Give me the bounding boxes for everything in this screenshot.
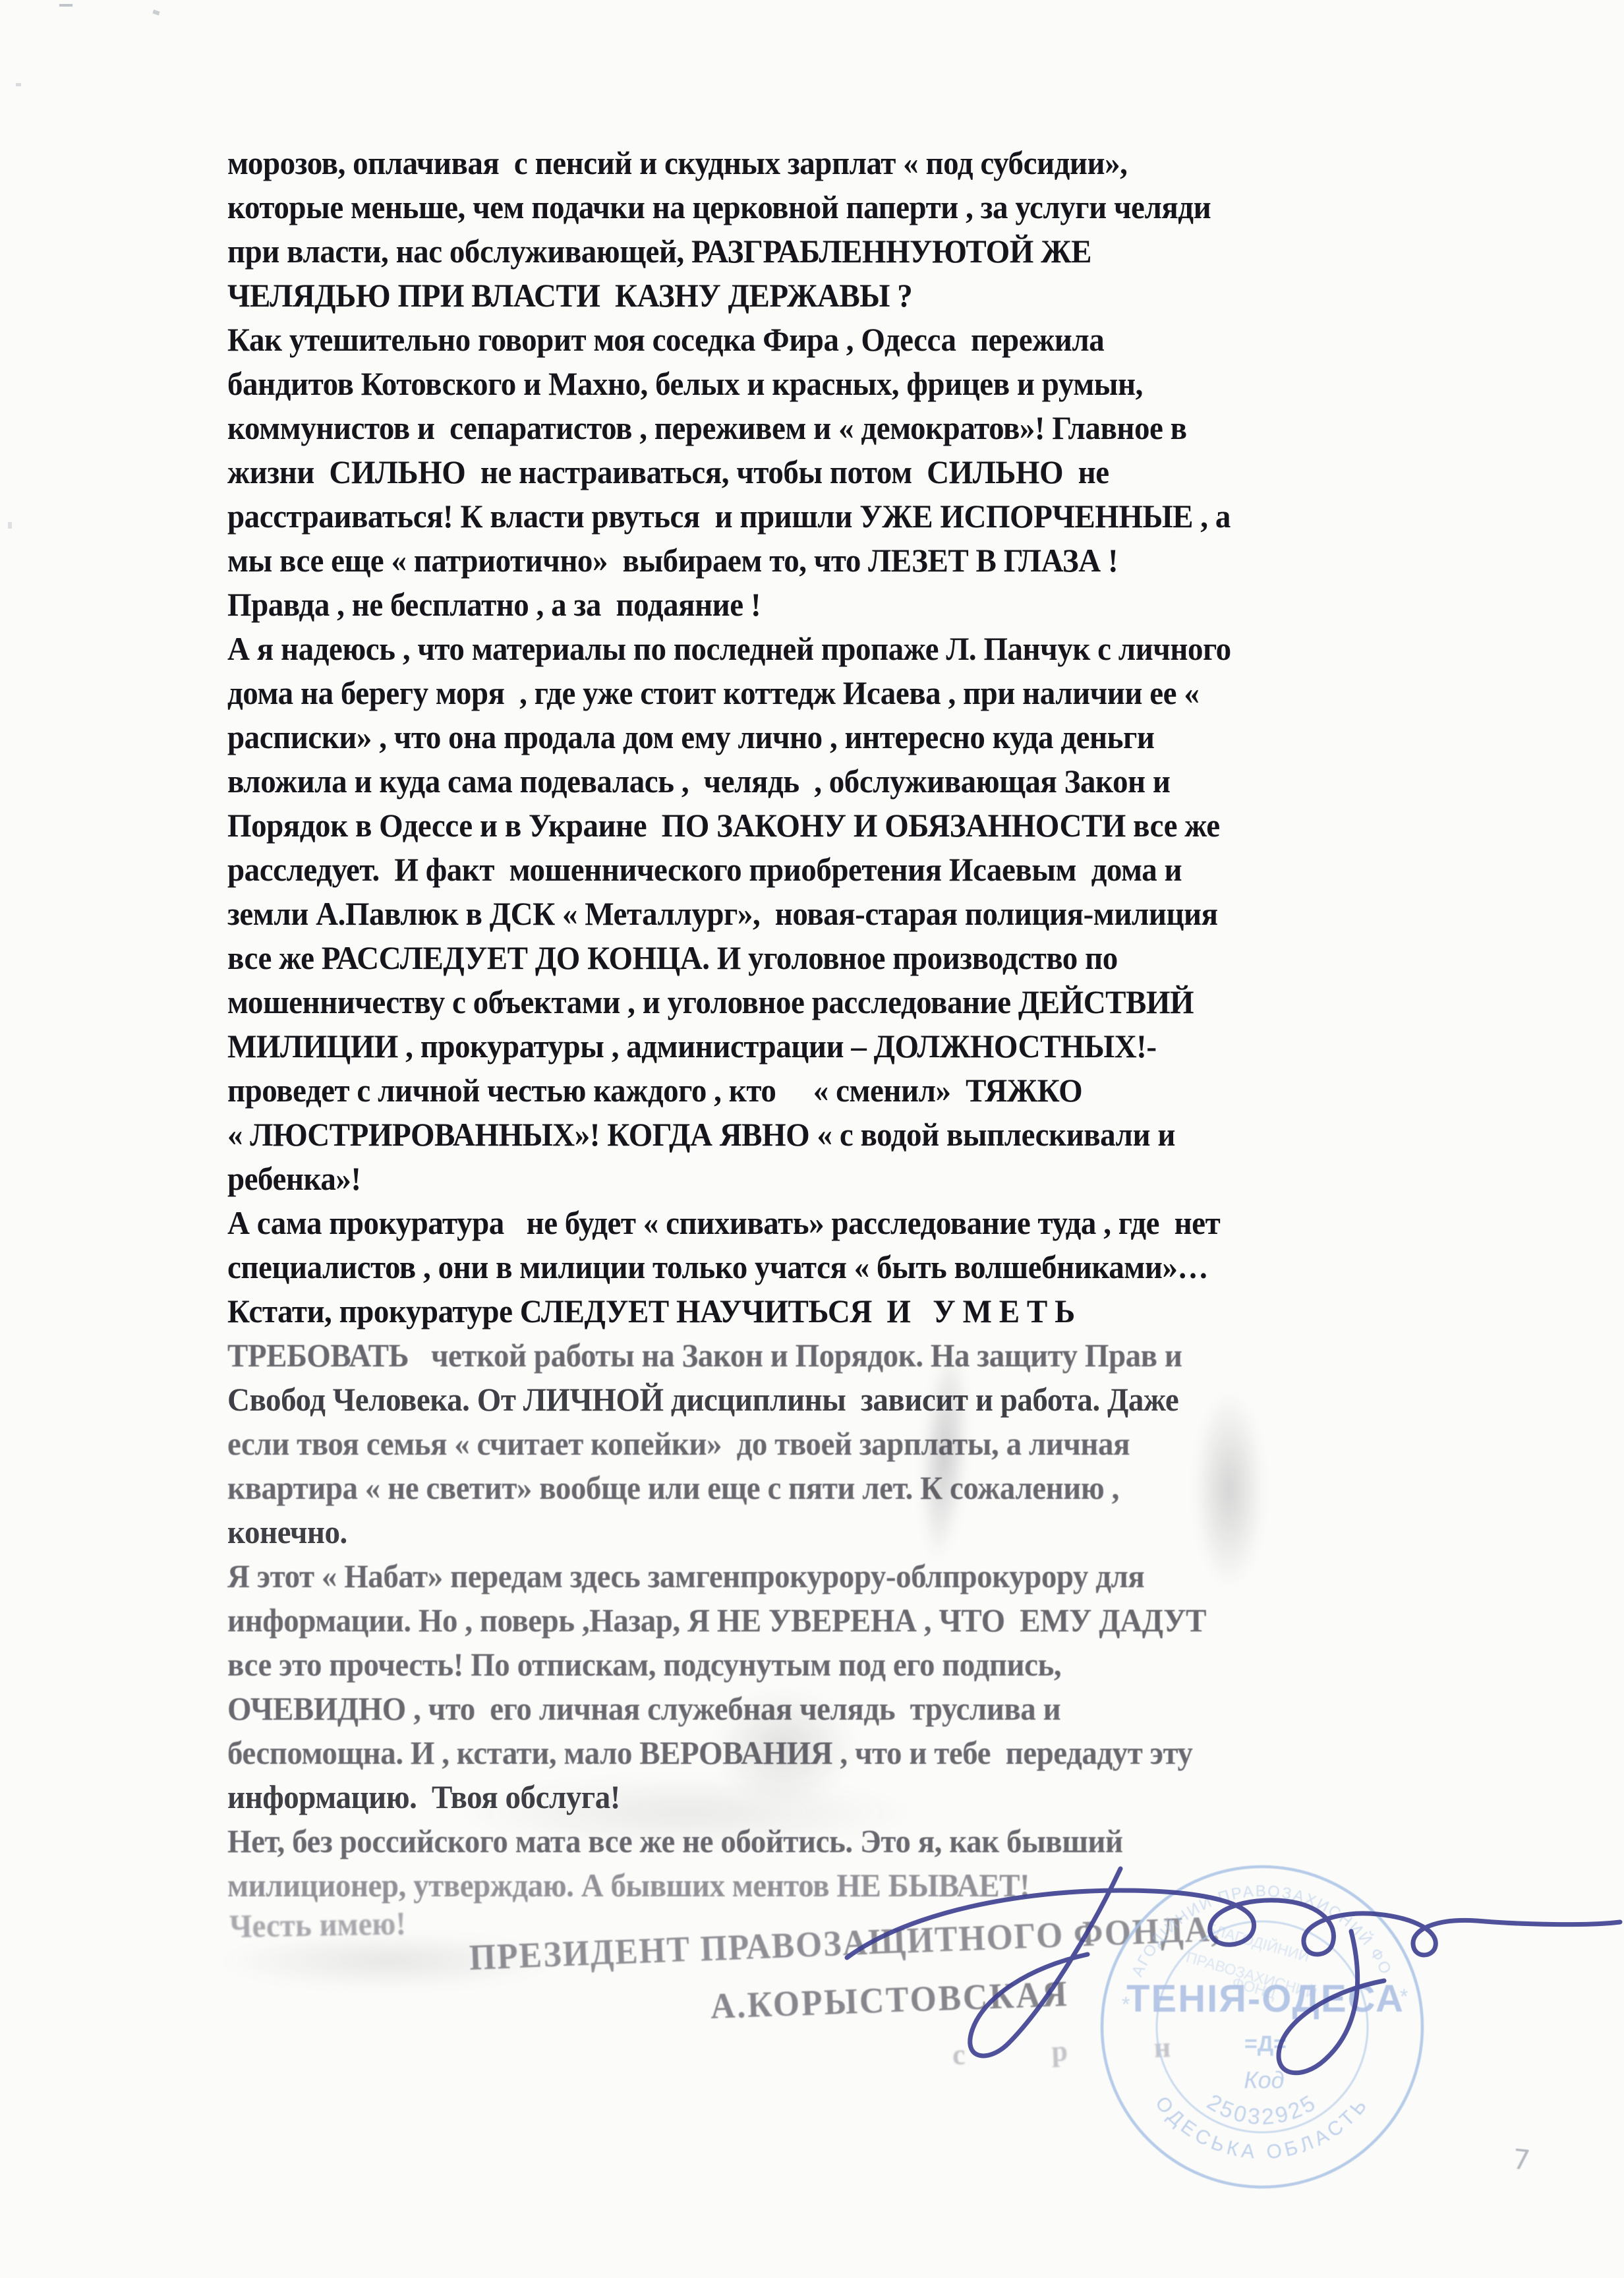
text-line: беспомощна. И , кстати, мало ВЕРОВАНИЯ ,…: [227, 1731, 1379, 1775]
text-line: если твоя семья « считает копейки» до тв…: [227, 1422, 1379, 1466]
text-line: ОЧЕВИДНО , что его личная служебная челя…: [227, 1687, 1379, 1731]
text-line: А я надеюсь , что материалы по последней…: [227, 627, 1379, 671]
text-line: вложила и куда сама подевалась , челядь …: [227, 759, 1379, 803]
text-line: Свобод Человека. От ЛИЧНОЙ дисциплины за…: [227, 1378, 1379, 1422]
text-line: коммунистов и сепаратистов , переживем и…: [227, 406, 1379, 450]
signature-stroke: [847, 1890, 1620, 1958]
text-line: расследует. И факт мошеннического приобр…: [227, 848, 1379, 892]
text-line: ТРЕБОВАТЬ четкой работы на Закон и Поряд…: [227, 1333, 1379, 1378]
text-line: Правда , не бесплатно , а за подаяние !: [227, 583, 1379, 627]
scan-speck: [16, 83, 21, 86]
text-line: которые меньше, чем подачки на церковной…: [227, 185, 1379, 229]
stamp-ring-text-bottom: ОДЕСЬКА ОБЛАСТЬ: [1151, 2092, 1374, 2163]
text-line: Я этот « Набат» передам здесь замгенпрок…: [227, 1554, 1379, 1598]
honor-line: Честь имею!: [229, 1904, 406, 1945]
text-line: расписки» , что она продала дом ему личн…: [227, 715, 1379, 759]
text-line: ЧЕЛЯДЬЮ ПРИ ВЛАСТИ КАЗНУ ДЕРЖАВЫ ?: [227, 274, 1379, 318]
text-line: Кстати, прокуратуре СЛЕДУЕТ НАУЧИТЬСЯ И …: [227, 1289, 1379, 1333]
scan-speck: [59, 4, 72, 7]
text-line: морозов, оплачивая с пенсий и скудных за…: [227, 141, 1379, 185]
text-line: МИЛИЦИИ , прокуратуры , администрации – …: [227, 1024, 1379, 1068]
pencil-corner-mark: 7: [1511, 2143, 1532, 2177]
signature-stroke: [970, 1869, 1120, 2056]
text-line: бандитов Котовского и Махно, белых и кра…: [227, 362, 1379, 406]
text-line: земли А.Павлюк в ДСК « Металлург», новая…: [227, 892, 1379, 936]
text-line: жизни СИЛЬНО не настраиваться, чтобы пот…: [227, 450, 1379, 494]
text-line: А сама прокуратура не будет « спихивать»…: [227, 1201, 1379, 1245]
text-line: все это прочесть! По отпискам, подсунуты…: [227, 1643, 1379, 1687]
text-line: Как утешительно говорит моя соседка Фира…: [227, 318, 1379, 362]
text-line: проведет с личной честью каждого , кто «…: [227, 1068, 1379, 1113]
handwritten-signature: [811, 1832, 1624, 2103]
text-line: Порядок в Одессе и в Украине ПО ЗАКОНУ И…: [227, 803, 1379, 848]
scan-speck: [8, 522, 12, 529]
text-line: специалистов , они в милиции только учат…: [227, 1245, 1379, 1289]
text-line: дома на берегу моря , где уже стоит котт…: [227, 671, 1379, 715]
text-line: информацию. Твоя обслуга!: [227, 1775, 1379, 1819]
letter-text-body: морозов, оплачивая с пенсий и скудных за…: [227, 141, 1453, 1908]
text-line: ребенка»!: [227, 1157, 1379, 1201]
text-line: все же РАССЛЕДУЕТ ДО КОНЦА. И уголовное …: [227, 936, 1379, 980]
text-line: расстраиваться! К власти рвуться и пришл…: [227, 494, 1379, 539]
signature-stroke: [1279, 1931, 1384, 2073]
text-line: квартира « не светит» вообще или еще с п…: [227, 1466, 1379, 1510]
scan-speck: [152, 9, 159, 15]
text-line: информации. Но , поверь ,Назар, Я НЕ УВЕ…: [227, 1598, 1379, 1643]
text-line: « ЛЮСТРИРОВАННЫХ»! КОГДА ЯВНО « с водой …: [227, 1113, 1379, 1157]
text-line: мошенничеству с объектами , и уголовное …: [227, 980, 1379, 1024]
text-line: при власти, нас обслуживающей, РАЗГРАБЛЕ…: [227, 229, 1379, 274]
text-line: конечно.: [227, 1510, 1379, 1554]
text-line: мы все еще « патриотично» выбираем то, ч…: [227, 539, 1379, 583]
scanned-letter-page: { "page": { "background": "#fbfbf9" }, "…: [0, 0, 1624, 2278]
